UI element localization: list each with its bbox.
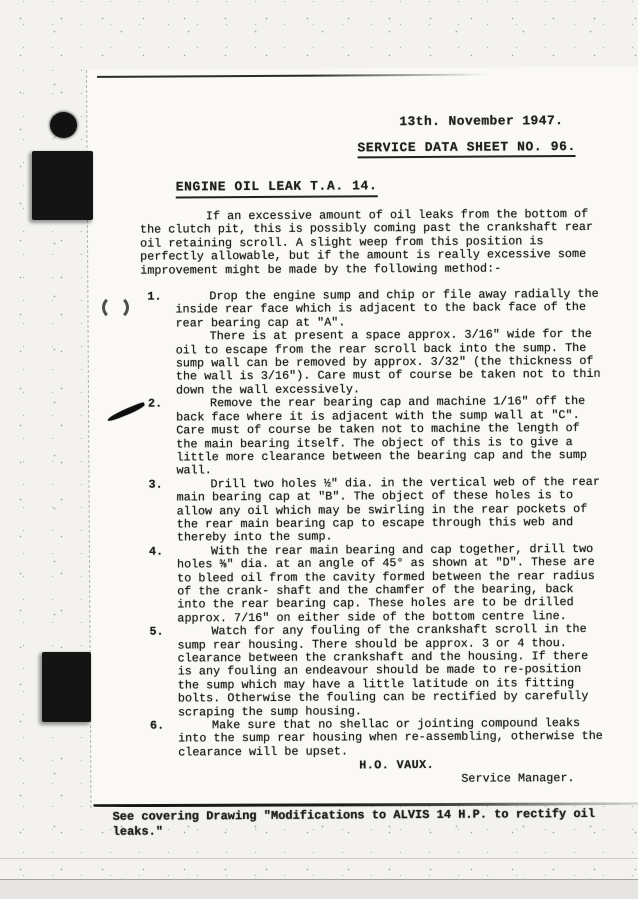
step-number: 2. — [148, 398, 162, 411]
step-paragraph: Watch for any fouling of the crankshaft … — [177, 623, 605, 719]
ink-block-top — [32, 151, 93, 220]
intro-paragraph: If an excessive amount of oil leaks from… — [140, 208, 602, 278]
ink-block-bottom — [42, 652, 91, 722]
step-item-6: 6. Make sure that no shellac or jointing… — [143, 717, 605, 760]
step-number: 3. — [148, 478, 162, 491]
step-number: 6. — [150, 720, 164, 733]
step-number: 5. — [149, 626, 163, 639]
step-item-3: 3. Drill two holes ½" dia. in the vertic… — [141, 476, 603, 546]
step-item-4: 4. With the rear main bearing and cap to… — [142, 543, 604, 626]
step-paragraph: Remove the rear bearing cap and machine … — [176, 395, 603, 478]
document-body: If an excessive amount of oil leaks from… — [140, 208, 606, 840]
step-paragraph: Drill two holes ½" dia. in the vertical … — [176, 476, 603, 546]
paper-top-edge — [97, 74, 489, 78]
ink-blot-circle — [50, 112, 77, 138]
scan-bottom-band — [0, 879, 638, 899]
numbered-steps-list: 1. Drop the engine sump and chip or file… — [140, 288, 605, 760]
sheet-number-title: SERVICE DATA SHEET NO. 96. — [357, 139, 576, 158]
step-item-2: 2. Remove the rear bearing cap and machi… — [141, 395, 603, 478]
step-paragraph: With the rear main bearing and cap toget… — [177, 543, 604, 626]
scanned-document-page: 13th. November 1947. SERVICE DATA SHEET … — [0, 0, 638, 899]
document-date: 13th. November 1947. — [399, 113, 563, 129]
step-item-1: 1. Drop the engine sump and chip or file… — [140, 288, 603, 398]
step-paragraph: Make sure that no shellac or jointing co… — [178, 717, 605, 760]
document-heading: ENGINE OIL LEAK T.A. 14. — [176, 178, 378, 198]
step-item-5: 5. Watch for any fouling of the cranksha… — [142, 623, 605, 720]
footer-note: See covering Drawing "Modifications to A… — [113, 807, 599, 840]
stamp-ring-mark — [102, 295, 129, 320]
scan-fold-line — [0, 858, 638, 859]
step-paragraph: There is at present a space approx. 3/16… — [176, 328, 603, 398]
paper-sheet: 13th. November 1947. SERVICE DATA SHEET … — [86, 67, 638, 808]
signature-title: Service Manager. — [461, 771, 605, 785]
step-paragraph: Drop the engine sump and chip or file aw… — [175, 288, 602, 331]
step-number: 1. — [147, 291, 161, 304]
step-number: 4. — [149, 545, 163, 558]
